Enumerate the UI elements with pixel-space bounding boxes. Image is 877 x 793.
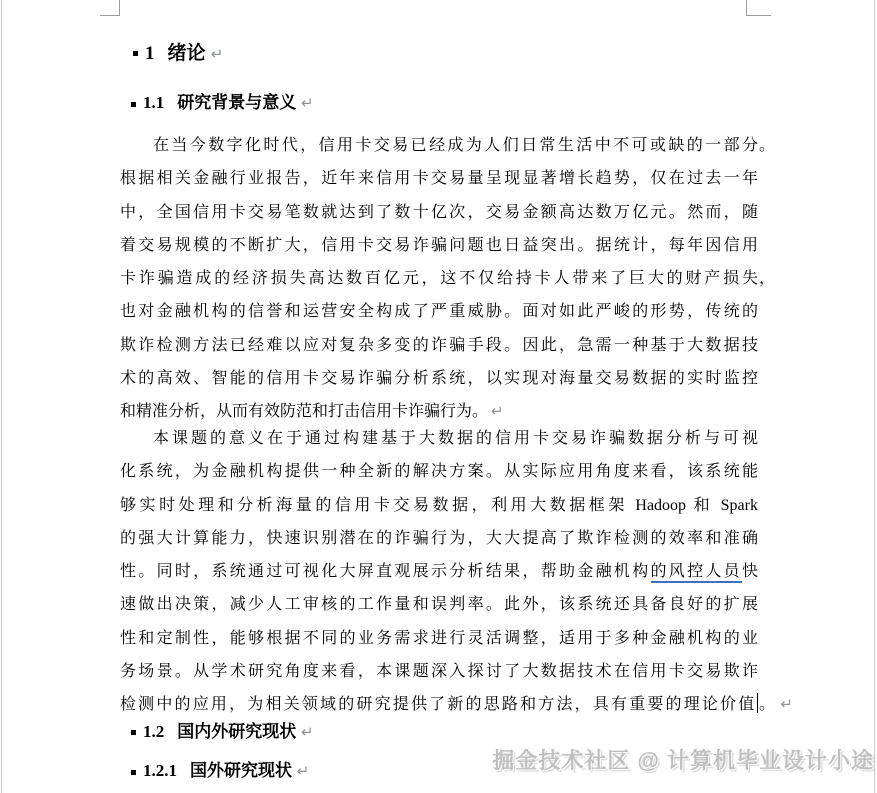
text-line[interactable]: 在当今数字化时代，信用卡交易已经成为人们日常生活中不可或缺的一部分。 xyxy=(120,129,758,162)
heading-format-square-icon xyxy=(131,730,136,735)
text-line[interactable]: 化系统，为金融机构提供一种全新的解决方案。从实际应用角度来看，该系统能 xyxy=(120,455,758,488)
hanging-punctuation: ， xyxy=(759,262,775,295)
text-line[interactable]: 的强大计算能力，快速识别潜在的诈骗行为，大大提高了欺诈检测的效率和准确 xyxy=(120,522,758,555)
text-line[interactable]: 根据相关金融行业报告，近年来信用卡交易量呈现显著增长趋势，仅在过去一年 xyxy=(120,162,758,195)
text-run: 本课题的意义在于通过构建基于大数据的信用卡交易诈骗数据分析与可视 xyxy=(153,430,758,447)
text-run: 性和定制性，能够根据不同的业务需求进行灵活调整，适用于多种金融机构的业 xyxy=(120,630,758,647)
text-line[interactable]: 也对金融机构的信誉和运营安全构成了严重威胁。面对如此严峻的形势，传统的 xyxy=(120,295,758,328)
paragraph-mark-icon: ↵ xyxy=(297,762,310,780)
heading-title: 国内外研究现状 xyxy=(177,722,296,741)
heading-number: 1.2.1 xyxy=(143,761,177,780)
paragraph-mark-icon: ↵ xyxy=(491,402,504,420)
grammar-underlined-text[interactable]: 的风控人员 xyxy=(651,563,742,583)
hanging-punctuation: 。 xyxy=(759,688,775,721)
page-right-edge xyxy=(874,0,875,793)
text-line[interactable]: 务场景。从学术研究角度来看，本课题深入探讨了大数据技术在信用卡交易欺诈 xyxy=(120,655,758,688)
word-document-page: 1绪论 ↵ 1.1研究背景与意义 ↵ 在当今数字化时代，信用卡交易已经成为人们日… xyxy=(0,0,877,793)
text-line[interactable]: 本课题的意义在于通过构建基于大数据的信用卡交易诈骗数据分析与可视 xyxy=(120,422,758,455)
page-content: 1绪论 ↵ 1.1研究背景与意义 ↵ 在当今数字化时代，信用卡交易已经成为人们日… xyxy=(120,0,758,793)
heading-title: 绪论 xyxy=(168,43,206,64)
text-cursor xyxy=(757,693,759,713)
text-boundary-cropmark-topleft xyxy=(100,0,120,16)
watermark-text: 掘金技术社区 @ 计算机毕业设计小途 xyxy=(492,744,874,775)
text-run: 的强大计算能力，快速识别潜在的诈骗行为，大大提高了欺诈检测的效率和准确 xyxy=(120,530,758,547)
text-line[interactable]: 检测中的应用，为相关领域的研究提供了新的思路和方法，具有重要的理论价值。↵ xyxy=(120,688,758,721)
heading-1-1-background[interactable]: 1.1研究背景与意义 ↵ xyxy=(131,90,314,116)
text-line[interactable]: 速做出决策，减少人工审核的工作量和误判率。此外，该系统还具备良好的扩展 xyxy=(120,588,758,621)
heading-1-2-research-status[interactable]: 1.2国内外研究现状 ↵ xyxy=(131,719,314,745)
text-run: 性。同时，系统通过可视化大屏直观展示分析结果，帮助金融机构 xyxy=(120,563,651,580)
paragraph-mark-icon: ↵ xyxy=(301,723,314,741)
paragraph-mark-icon: ↵ xyxy=(301,94,314,112)
text-run: 务场景。从学术研究角度来看，本课题深入探讨了大数据技术在信用卡交易欺诈 xyxy=(120,663,758,680)
paragraph-mark-icon: ↵ xyxy=(211,45,224,63)
heading-1-2-1-foreign-status[interactable]: 1.2.1国外研究现状 ↵ xyxy=(131,758,309,784)
text-run: 术的高效、智能的信用卡交易诈骗分析系统，以实现对海量交易数据的实时监控 xyxy=(120,370,758,387)
text-line[interactable]: 性。同时，系统通过可视化大屏直观展示分析结果，帮助金融机构的风控人员快 xyxy=(120,555,758,588)
text-line[interactable]: 卡诈骗造成的经济损失高达数百亿元，这不仅给持卡人带来了巨大的财产损失， xyxy=(120,262,758,295)
heading-format-square-icon xyxy=(133,51,138,56)
text-run: 根据相关金融行业报告，近年来信用卡交易量呈现显著增长趋势，仅在过去一年 xyxy=(120,170,758,187)
heading-format-square-icon xyxy=(131,770,136,775)
text-line[interactable]: 中，全国信用卡交易笔数就达到了数十亿次，交易金额高达数万亿元。然而，随 xyxy=(120,196,758,229)
text-run: 欺诈检测方法已经难以应对复杂多变的诈骗手段。因此，急需一种基于大数据技 xyxy=(120,337,758,354)
text-line[interactable]: 欺诈检测方法已经难以应对复杂多变的诈骗手段。因此，急需一种基于大数据技 xyxy=(120,329,758,362)
text-line[interactable]: 性和定制性，能够根据不同的业务需求进行灵活调整，适用于多种金融机构的业 xyxy=(120,622,758,655)
text-line[interactable]: 术的高效、智能的信用卡交易诈骗分析系统，以实现对海量交易数据的实时监控 xyxy=(120,362,758,395)
heading-number: 1 xyxy=(145,43,155,64)
hanging-punctuation: 。 xyxy=(759,129,775,162)
page-left-edge xyxy=(1,0,2,793)
text-run: 中，全国信用卡交易笔数就达到了数十亿次，交易金额高达数万亿元。然而，随 xyxy=(120,204,758,221)
paragraph-1[interactable]: 在当今数字化时代，信用卡交易已经成为人们日常生活中不可或缺的一部分。根据相关金融… xyxy=(120,129,758,428)
text-run: 卡诈骗造成的经济损失高达数百亿元，这不仅给持卡人带来了巨大的财产损失 xyxy=(120,270,758,287)
heading-number: 1.1 xyxy=(143,93,164,112)
text-run: 着交易规模的不断扩大，信用卡交易诈骗问题也日益突出。据统计，每年因信用 xyxy=(120,237,758,254)
heading-format-square-icon xyxy=(131,102,136,107)
text-run: 在当今数字化时代，信用卡交易已经成为人们日常生活中不可或缺的一部分 xyxy=(153,137,758,154)
heading-title: 研究背景与意义 xyxy=(177,93,296,112)
text-line[interactable]: 够实时处理和分析海量的信用卡交易数据，利用大数据框架 Hadoop 和 Spar… xyxy=(120,489,758,522)
text-run: 和精准分析，从而有效防范和打击信用卡诈骗行为。 xyxy=(120,403,488,420)
text-run: 检测中的应用，为相关领域的研究提供了新的思路和方法，具有重要的理论价值 xyxy=(120,696,757,713)
paragraph-2[interactable]: 本课题的意义在于通过构建基于大数据的信用卡交易诈骗数据分析与可视化系统，为金融机… xyxy=(120,422,758,721)
text-run: 化系统，为金融机构提供一种全新的解决方案。从实际应用角度来看，该系统能 xyxy=(120,463,758,480)
text-run: 快 xyxy=(742,563,758,580)
heading-title: 国外研究现状 xyxy=(190,761,292,780)
paragraph-mark-icon: ↵ xyxy=(780,688,793,721)
text-run: 够实时处理和分析海量的信用卡交易数据，利用大数据框架 Hadoop 和 Spar… xyxy=(120,497,758,514)
text-line[interactable]: 着交易规模的不断扩大，信用卡交易诈骗问题也日益突出。据统计，每年因信用 xyxy=(120,229,758,262)
heading-1-xulun[interactable]: 1绪论 ↵ xyxy=(133,41,223,67)
text-run: 速做出决策，减少人工审核的工作量和误判率。此外，该系统还具备良好的扩展 xyxy=(120,596,758,613)
text-run: 也对金融机构的信誉和运营安全构成了严重威胁。面对如此严峻的形势，传统的 xyxy=(120,303,758,320)
heading-number: 1.2 xyxy=(143,722,164,741)
